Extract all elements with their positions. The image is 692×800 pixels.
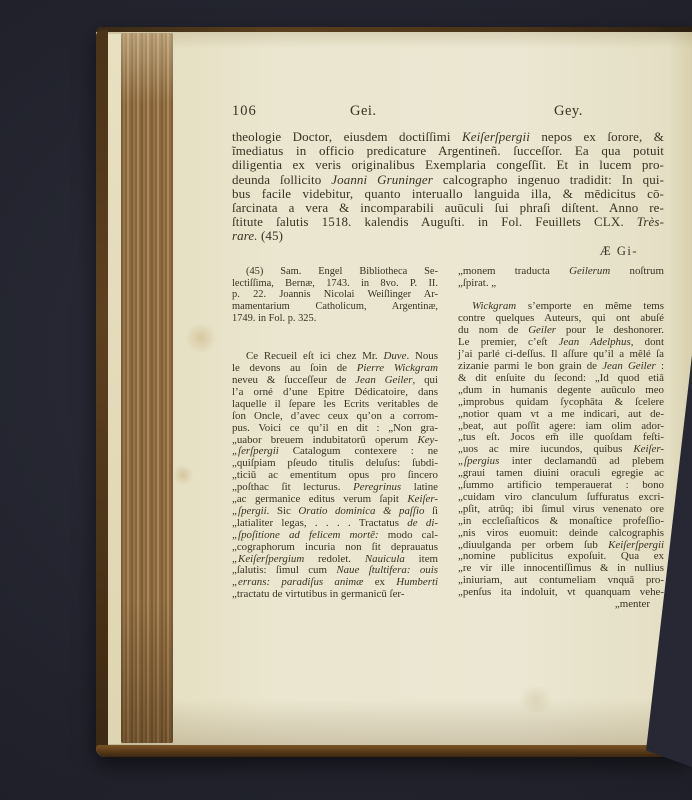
- page-number: 106: [232, 103, 257, 120]
- page-catchword: „menter: [458, 599, 664, 611]
- page-content: 106 Gei. Gey. theologie Doctor, eiusdem …: [232, 103, 664, 611]
- right-column-paragraph: Wickgram s’emporte en même temscontre qu…: [458, 301, 664, 599]
- photo-background: 106 Gei. Gey. theologie Doctor, eiusdem …: [0, 0, 692, 800]
- page-fore-edge: [121, 33, 173, 743]
- running-header: 106 Gei. Gey.: [232, 103, 664, 125]
- foxing-stain: [516, 687, 556, 713]
- main-paragraph: theologie Doctor, eiusdem doctiſſimi Kei…: [232, 130, 664, 244]
- book-bottom-cover-edge: [96, 745, 674, 757]
- right-column: „monem traducta Geilerum noſtrum„ſpirat.…: [458, 266, 664, 611]
- foxing-stain: [184, 323, 218, 353]
- running-title-right: Gey.: [554, 103, 583, 120]
- flyleaf-sliver: [108, 34, 121, 744]
- running-title-left: Gei.: [350, 103, 377, 120]
- quote-continuation: „monem traducta Geilerum noſtrum„ſpirat.…: [458, 266, 664, 290]
- book-top-cover-edge: [96, 27, 692, 32]
- left-column: (45) Sam. Engel Bibliotheca Se-lectiſſim…: [232, 266, 438, 611]
- left-column-paragraph: Ce Recueil eſt ici chez Mr. Duve. Nousle…: [232, 351, 438, 601]
- signature-catchword: Æ Gi-: [232, 244, 664, 258]
- book-cover-spine-edge: [96, 30, 108, 754]
- book-page: 106 Gei. Gey. theologie Doctor, eiusdem …: [96, 27, 692, 757]
- two-column-block: (45) Sam. Engel Bibliotheca Se-lectiſſim…: [232, 266, 664, 611]
- footnote-45: (45) Sam. Engel Bibliotheca Se-lectiſſim…: [232, 266, 438, 326]
- foxing-stain: [172, 465, 194, 485]
